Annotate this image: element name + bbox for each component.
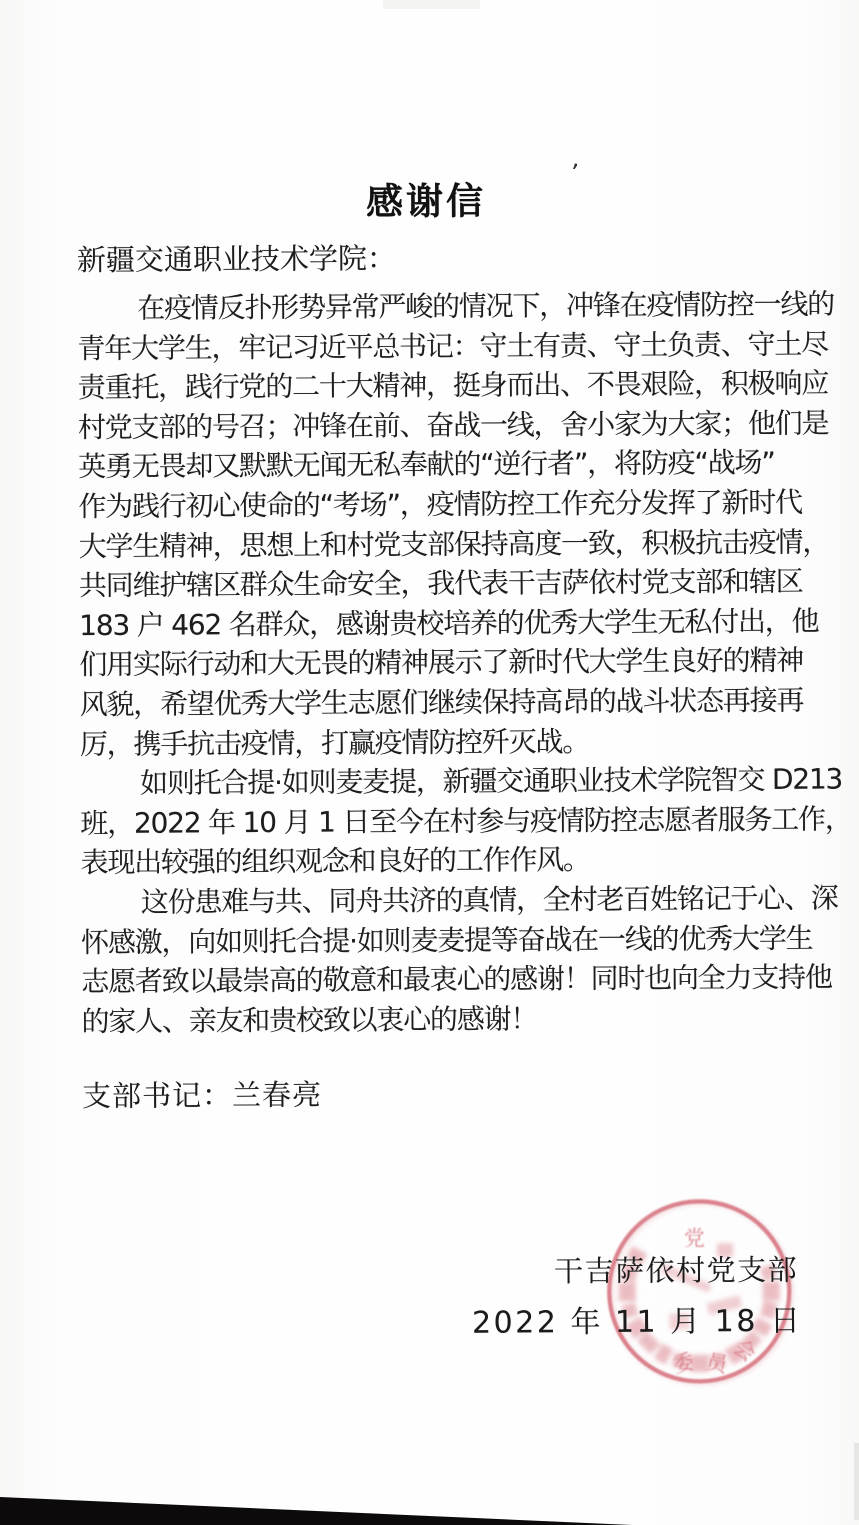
body-line: 的家人、亲友和贵校致以衷心的感谢！ [81, 995, 807, 1039]
body-line: 英勇无畏却又默默无闻无私奉献的“逆行者”，将防疫“战场” [78, 441, 804, 485]
letter-title: 感谢信 [0, 168, 856, 227]
body-line: 表现出较强的组织观念和良好的工作作风。 [80, 837, 806, 881]
stamp-arc-char: 员 [704, 1349, 732, 1377]
stamp-arc-char: 委 [671, 1349, 697, 1377]
scan-edge-right [854, 1443, 859, 1520]
body-line: 风貌，希望优秀大学生志愿们继续保持高昂的战斗状态再接再 [80, 679, 806, 723]
body-line: 志愿者致以最崇高的敬意和最衷心的感谢！同时也向全力支持他 [81, 956, 807, 1000]
body-line: 共同维护辖区群众生命安全，我代表干吉萨依村党支部和辖区 [79, 560, 805, 604]
body-line: 在疫情反扑形势异常严峻的情况下，冲锋在疫情防控一线的 [77, 283, 803, 327]
body-line: 这份患难与共、同舟共济的真情，全村老百姓铭记于心、深 [81, 877, 807, 921]
body-line: 们用实际行动和大无畏的精神展示了新时代大学生良好的精神 [79, 639, 805, 683]
svg-text:党: 党 [684, 1226, 705, 1250]
salutation: 新疆交通职业技术学院： [77, 236, 396, 279]
body-line: 作为践行初心使命的“考场”，疫情防控工作充分发挥了新时代 [78, 481, 804, 525]
letter-content: 感谢信 ’ 新疆交通职业技术学院： 在疫情反扑形势异常严峻的情况下，冲锋在疫情防… [0, 0, 859, 1525]
body-line: 厉，携手抗击疫情，打赢疫情防控歼灭战。 [80, 718, 806, 762]
letter-body: 在疫情反扑形势异常严峻的情况下，冲锋在疫情防控一线的青年大学生，牢记习近平总书记… [77, 283, 808, 1040]
body-line: 青年大学生，牢记习近平总书记：守土有责、守土负责、守土尽 [77, 322, 803, 366]
body-line: 大学生精神，思想上和村党支部保持高度一致，积极抗击疫情， [79, 520, 805, 564]
body-line: 怀感激，向如则托合提·如则麦麦提等奋战在一线的优秀大学生 [81, 916, 807, 960]
body-line: 责重托，践行党的二十大精神，挺身而出、不畏艰险，积极响应 [78, 362, 804, 406]
body-line: 183 户 462 名群众，感谢贵校培养的优秀大学生无私付出，他 [79, 599, 805, 643]
body-line: 班，2022 年 10 月 1 日至今在村参与疫情防控志愿者服务工作， [80, 797, 806, 841]
body-line: 如则托合提·如则麦麦提，新疆交通职业技术学院智交 D213 [80, 758, 806, 802]
body-line: 村党支部的号召；冲锋在前、奋战一线，舍小家为大家；他们是 [78, 401, 804, 445]
scanned-letter-page: 感谢信 ’ 新疆交通职业技术学院： 在疫情反扑形势异常严峻的情况下，冲锋在疫情防… [0, 0, 859, 1525]
official-stamp: 党 委员会 [595, 1187, 804, 1396]
scan-artifact-top [383, 0, 480, 9]
issue-date: 2022 年 11 月 18 日 [472, 1296, 803, 1342]
issuer-name: 干吉萨依村党支部 [554, 1248, 798, 1290]
signature-line: 支部书记：兰春亮 [82, 1073, 322, 1115]
